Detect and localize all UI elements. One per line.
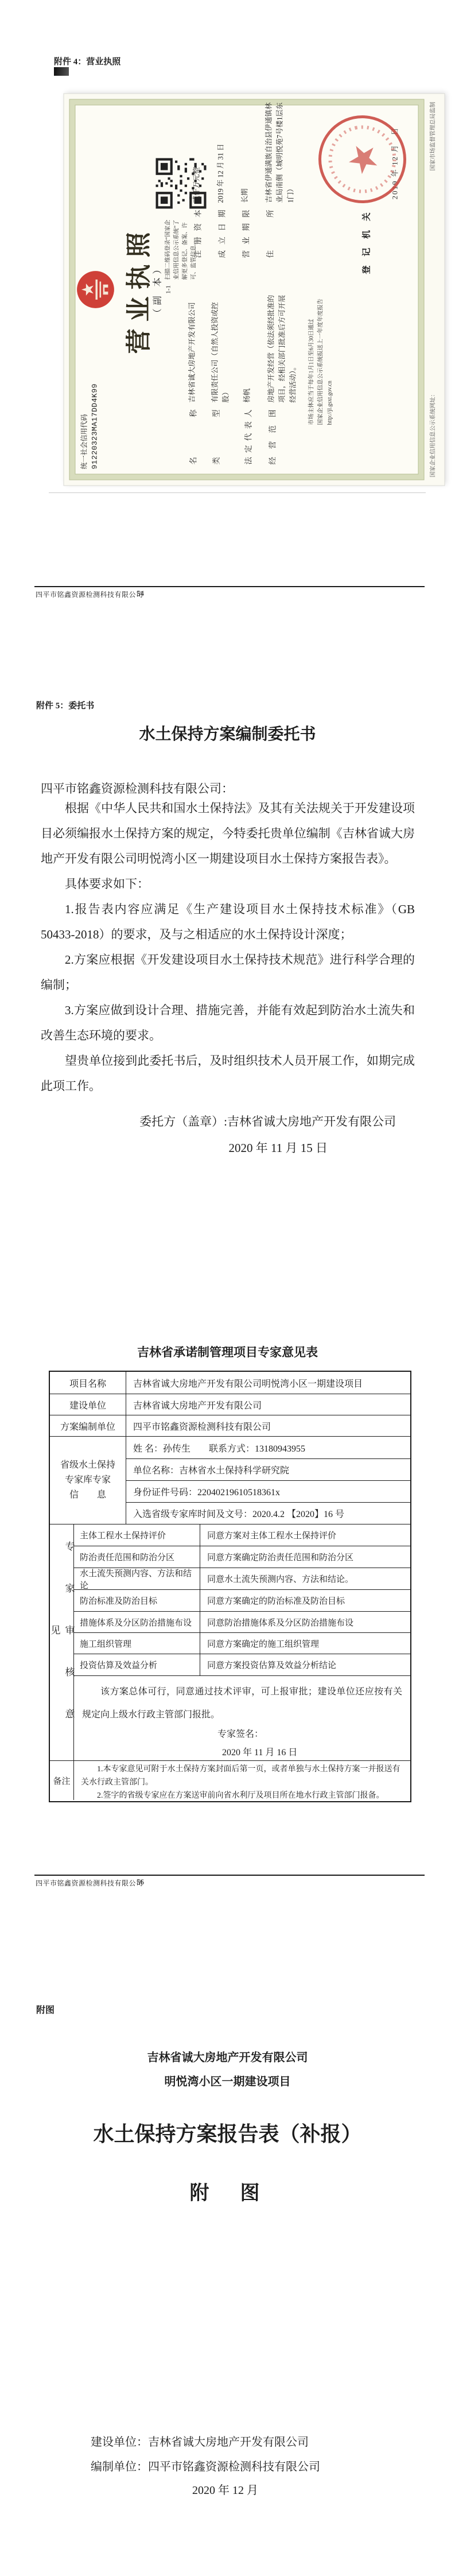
footer1-rule xyxy=(34,586,425,587)
field-legal-rep-label: 法定代表人 xyxy=(242,410,254,465)
letter-paragraph: 望贵单位接到此委托书后，及时组织技术人员开展工作，如期完成此项工作。 xyxy=(41,1048,415,1099)
review-item: 措施体系及分区防治措施布设 xyxy=(74,1612,200,1633)
expert-sign-date: 2020 年 11 月 16 日 xyxy=(222,1745,297,1758)
cover-subtitle: 附 图 xyxy=(0,2177,455,2205)
field-scope-label: 经营范围 xyxy=(266,410,278,465)
field-address-value: 吉林省伊通满族自治县伊通镇林业局南侧（城明悦苑7号楼1层东1门） xyxy=(264,102,297,203)
review-item: 主体工程水土保持评价 xyxy=(74,1524,200,1546)
cover-build-unit: 建设单位：吉林省诚大房地产开发有限公司 xyxy=(91,2433,309,2449)
remark-line2: 2.签字的省级专家应在方案送审前向省水利厅及项目所在地水行政主管部门报备。 xyxy=(81,1789,403,1802)
review-item: 防治责任范围和防治分区 xyxy=(74,1546,200,1568)
row-compiler-label: 方案编制单位 xyxy=(50,1415,126,1437)
letter-body: 根据《中华人民共和国水土保持法》及其有关法规关于开发建设项目必须编报水土保持方案… xyxy=(41,796,415,1099)
field-type-label: 类 型 xyxy=(210,410,221,465)
national-emblem-icon xyxy=(76,270,116,310)
letter-paragraph: 1.报告表内容应满足《生产建设项目水土保持技术标准》（GB 50433-2018… xyxy=(41,897,415,947)
photo-bottom-line xyxy=(49,492,426,493)
field-capital-label: 注册资本 xyxy=(192,210,203,258)
field-established-label: 成立日期 xyxy=(216,210,227,258)
letter-signature-date: 2020 年 11 月 15 日 xyxy=(0,1139,328,1156)
expert-unit-row: 单位名称：吉林省水土保持科学研究院 xyxy=(126,1459,410,1481)
expert-opinion-table: 项目名称 吉林省诚大房地产开发有限公司明悦湾小区一期建设项目 建设单位 吉林省诚… xyxy=(49,1371,411,1802)
credit-code-label: 统一社会信用代码 xyxy=(79,383,89,469)
business-license-rotated: 统一社会信用代码 91220323MA17DD4K99 营业执照 （副 本） 1… xyxy=(64,94,445,486)
footer1-company: 四平市铭鑫资源检测科技有限公司 xyxy=(36,589,143,599)
review-opinion: 同意方案确定防治责任范围和防治分区 xyxy=(200,1546,410,1568)
remark-label: 备注 xyxy=(50,1761,74,1800)
row-builder-value: 吉林省诚大房地产开发有限公司 xyxy=(126,1394,410,1415)
cover-compile-unit: 编制单位：四平市铭鑫资源检测科技有限公司 xyxy=(91,2457,320,2474)
expert-info-label: 省级水土保持 专家库专家 信 息 xyxy=(50,1437,126,1524)
review-item: 水土流失预测内容、方法和结论 xyxy=(74,1568,200,1590)
footer1-page-number: 54 xyxy=(137,589,144,598)
row-project-value: 吉林省诚大房地产开发有限公司明悦湾小区一期建设项目 xyxy=(126,1372,410,1394)
field-established-value: 2019 年 12 月 31 日 xyxy=(216,102,227,203)
review-opinion: 同意水土流失预测内容、方法和结论。 xyxy=(200,1568,410,1590)
field-legal-rep-value: 杨帆 xyxy=(242,294,253,403)
expert-selected-row: 入选省级专家库时间及文号：2020.4.2 【2020】16 号 xyxy=(126,1503,410,1524)
business-license-photo: 统一社会信用代码 91220323MA17DD4K99 营业执照 （副 本） 1… xyxy=(64,94,445,485)
annual-report-note: 市场主体应当于每年1月1日至6月30日通过 国家企业信用信息公示系统报送上一年度… xyxy=(308,288,335,425)
review-conclusion: 该方案总体可行，同意通过技术评审，可上报审批；建设单位还应按有关规定向上级水行政… xyxy=(74,1676,410,1727)
letter-title: 水土保持方案编制委托书 xyxy=(0,721,455,744)
expert-table-title: 吉林省承诺制管理项目专家意见表 xyxy=(0,1343,455,1360)
remark-line1: 1.本专家意见可附于水土保持方案封面后第一页，或者单独与水土保持方案一并报送有关… xyxy=(81,1763,403,1789)
letter-paragraph: 3.方案应做到设计合理、措施完善，并能有效起到防治水土流失和改善生态环境的要求。 xyxy=(41,998,415,1048)
drawings-attachment-label: 附图 xyxy=(36,2003,55,2016)
license-margin-website: 国家企业信用信息公示系统网址： xyxy=(428,391,437,478)
attachment5-label: 附件 5：委托书 xyxy=(36,699,94,711)
license-title: 营业执照 xyxy=(118,94,155,486)
registration-seal-icon xyxy=(306,103,418,215)
review-item: 防治标准及防治目标 xyxy=(74,1590,200,1612)
footer3-company: 四平市铭鑫资源检测科技有限公司 xyxy=(36,1878,143,1888)
cover-project: 明悦湾小区一期建设项目 xyxy=(0,2072,455,2089)
scanned-report-document: 附件 4：营业执照 统一社会信用代码 91220323MA17DD4K99 营业… xyxy=(0,0,455,2576)
expert-name-row: 姓 名：孙传生 联系方式：13180943955 xyxy=(126,1437,410,1459)
field-term-value: 长期 xyxy=(240,102,251,203)
field-scope-value: 房地产开发经营（依法须经批准的项目，经相关部门批准后方可开展经营活动）。 xyxy=(266,294,299,403)
footer3-page-number: 56 xyxy=(137,1877,144,1887)
registrar-label: 登 记 机 关 xyxy=(360,209,372,274)
letter-paragraph: 具体要求如下： xyxy=(41,871,415,897)
license-page-no: 1-1 xyxy=(165,94,172,486)
field-type-value: 有限责任公司（自然人投资或控股） xyxy=(210,294,232,403)
review-opinion: 同意防治措施体系及分区防治措施布设 xyxy=(200,1612,410,1633)
footer3-rule xyxy=(34,1875,425,1876)
credit-code-value: 91220323MA17DD4K99 xyxy=(91,383,99,469)
cover-company: 吉林省诚大房地产开发有限公司 xyxy=(0,2048,455,2065)
field-address-label: 住 所 xyxy=(264,210,275,258)
row-project-label: 项目名称 xyxy=(50,1372,126,1394)
letter-paragraph: 2.方案应根据《开发建设项目水土保持技术规范》进行科学合理的编制； xyxy=(41,947,415,998)
review-opinion: 同意方案确定的防治标准及防治目标 xyxy=(200,1590,410,1612)
letter-signature: 委托方（盖章）:吉林省诚大房地产开发有限公司 xyxy=(0,1112,396,1130)
attachment4-label: 附件 4：营业执照 xyxy=(54,55,120,67)
review-opinion: 同意方案对主体工程水土保持评价 xyxy=(200,1524,410,1546)
letter-paragraph: 根据《中华人民共和国水土保持法》及其有关法规关于开发建设项目必须编报水土保持方案… xyxy=(41,796,415,871)
credit-code-block: 统一社会信用代码 91220323MA17DD4K99 xyxy=(79,383,99,469)
review-opinion: 同意方案投资估算及效益分析结论 xyxy=(200,1654,410,1676)
field-name-label: 名 称 xyxy=(187,410,199,465)
cover-title: 水土保持方案报告表（补报） xyxy=(0,2118,455,2147)
license-subtitle: （副 本） xyxy=(150,94,164,486)
expert-sign-label: 专家签名： xyxy=(217,1727,263,1740)
license-margin-issuer: 国家市场监督管理总局监制 xyxy=(428,102,437,171)
letter-greeting: 四平市铭鑫资源检测科技有限公司： xyxy=(41,779,234,797)
field-name-value: 吉林省诚大房地产开发有限公司 xyxy=(187,294,198,403)
row-compiler-value: 四平市铭鑫资源检测科技有限公司 xyxy=(126,1415,410,1437)
review-conclusion-cell: 该方案总体可行，同意通过技术评审，可上报审批；建设单位还应按有关规定向上级水行政… xyxy=(74,1676,410,1761)
field-capital-value: 贰仟万元整 xyxy=(192,102,203,203)
expert-id-row: 身份证件号码：22040219610518361x xyxy=(126,1481,410,1503)
review-opinion: 同意方案确定的施工组织管理 xyxy=(200,1633,410,1654)
review-item: 投资估算及效益分析 xyxy=(74,1654,200,1676)
row-builder-label: 建设单位 xyxy=(50,1394,126,1415)
review-section-label-cell: 专家审核意见 xyxy=(50,1524,74,1761)
review-section-label: 专家审核意见 xyxy=(48,1524,76,1760)
cover-date: 2020 年 12 月 xyxy=(192,2481,258,2497)
field-term-label: 营业期限 xyxy=(240,210,251,258)
review-item: 施工组织管理 xyxy=(74,1633,200,1654)
redaction-blob xyxy=(54,67,69,76)
remark-cell: 1.本专家意见可附于水土保持方案封面后第一页，或者单独与水土保持方案一并报送有关… xyxy=(74,1761,410,1800)
